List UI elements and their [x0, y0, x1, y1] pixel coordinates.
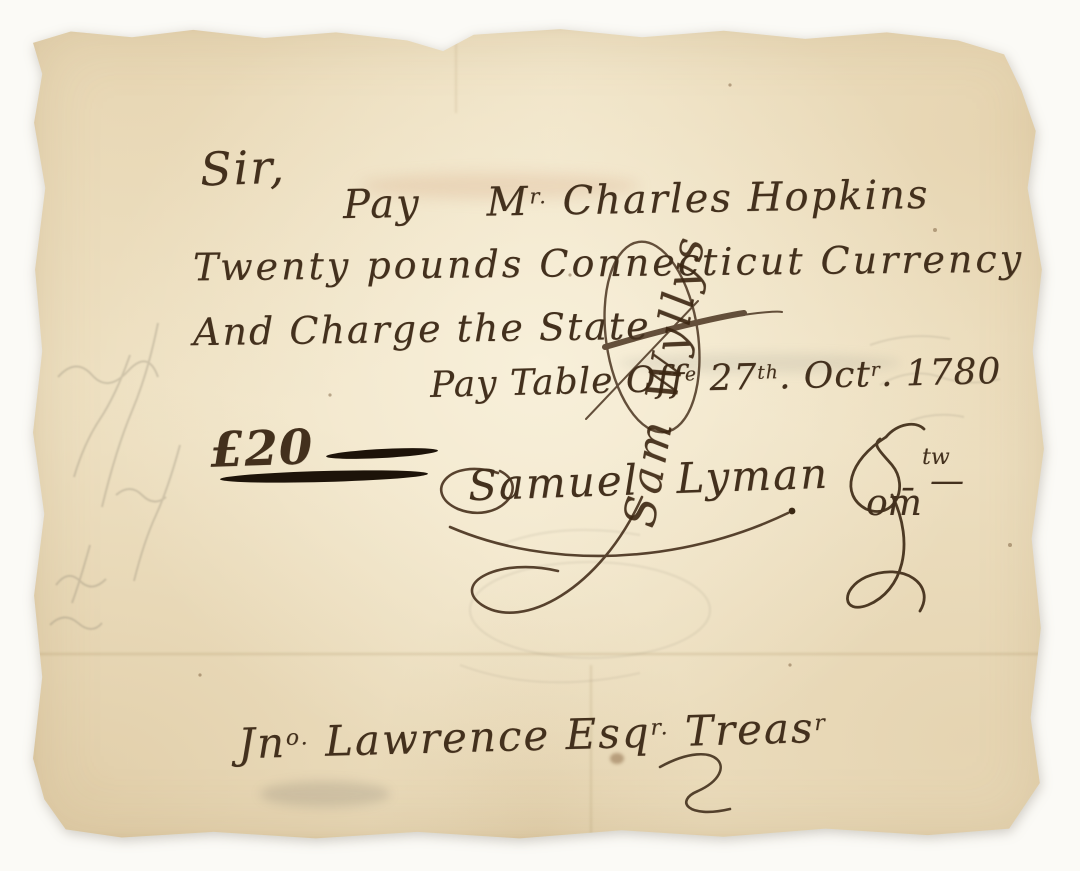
treasurer-address-line: Jno. Lawrence Esqr. Treasr [237, 703, 827, 768]
paper-shadow: Sir, PayMr. Charles Hopkins Twenty pound… [30, 25, 1050, 840]
date-day: 27 [697, 357, 758, 399]
horizontal-fold-crease [30, 653, 1050, 655]
salutation-text: Sir, [199, 140, 287, 197]
john-abbreviation: Jn [237, 718, 286, 768]
bottom-left-smudge [260, 781, 390, 807]
signature-end-dot [789, 508, 796, 515]
lawrence-esquire: Lawrence Esq [309, 708, 651, 767]
document-paper: Sir, PayMr. Charles Hopkins Twenty pound… [30, 25, 1050, 840]
treasurer-superscript: r [814, 711, 827, 736]
john-superscript: o. [286, 725, 310, 751]
scan-background: Sir, PayMr. Charles Hopkins Twenty pound… [0, 0, 1080, 871]
amount-underline-stroke-1 [326, 446, 438, 461]
payee-name: Charles Hopkins [547, 172, 929, 225]
amount-figures-text: £20 [209, 419, 314, 479]
endorsement-body-text: om̄ [866, 483, 922, 524]
mister-superscript: r. [529, 184, 548, 208]
pay-word: Pay [343, 181, 421, 228]
amount-words-text: Twenty pounds Connecticut Currency [193, 237, 1025, 290]
bleedthrough-writing-left [50, 323, 180, 629]
mister-abbreviation: M [486, 179, 530, 226]
amount-in-words-line: Twenty pounds Connecticut Currency [193, 237, 1025, 290]
endorsement-dash-text: — [930, 461, 964, 501]
charge-line-text: And Charge the State [193, 304, 651, 354]
pay-order-line: PayMr. Charles Hopkins [343, 172, 930, 228]
office-and-date-line: Pay Table Offe 27th. Octr. 1780 [430, 351, 1002, 406]
amount-in-figures: £20 [209, 419, 314, 479]
payee-line-tail-flourish [660, 754, 730, 812]
vertical-fold-crease-top [455, 25, 457, 113]
endorsement-flourish-body: om̄ [866, 483, 922, 524]
date-month: . Oct [778, 354, 871, 397]
date-year: . 1780 [880, 351, 1001, 395]
date-day-superscript: th [757, 362, 779, 384]
salutation-line: Sir, [199, 140, 287, 197]
esquire-superscript: r. [650, 715, 670, 741]
bleedthrough-loops-center [460, 530, 710, 682]
treasurer-abbreviation: Treas [669, 703, 815, 756]
date-month-superscript: r [871, 360, 881, 381]
endorsement-flourish-dash: — [930, 461, 964, 501]
charge-the-state-line: And Charge the State [193, 304, 651, 354]
